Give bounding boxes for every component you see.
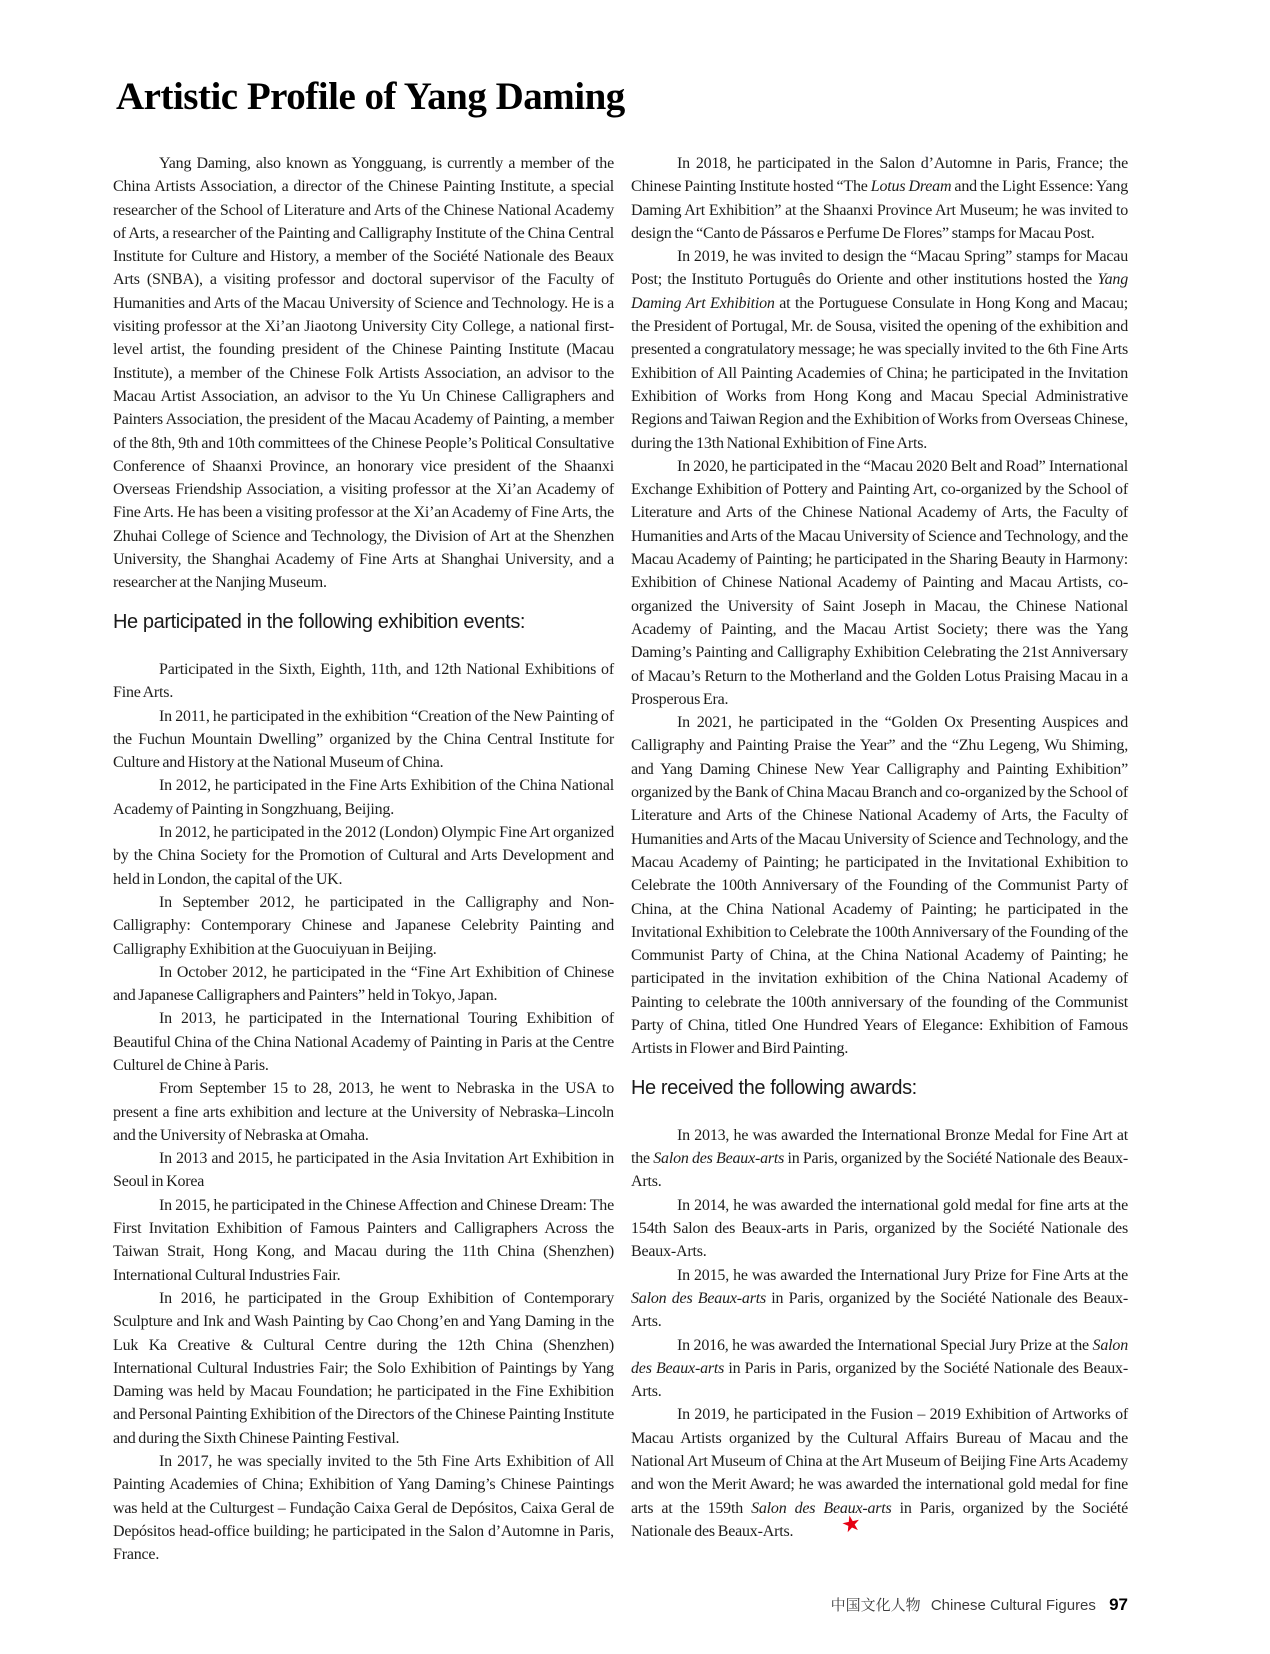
text-run: In October 2012, he participated in the … [113,964,614,1004]
section-heading-exhibitions: He participated in the following exhibit… [113,611,614,634]
red-star-icon: ★ [797,1522,861,1536]
exhibitions-continued-section: In 2018, he participated in the Salon d’… [631,152,1128,1061]
awards-section: In 2013, he was awarded the Internationa… [631,1124,1128,1543]
paragraph: In 2013, he was awarded the Internationa… [631,1124,1128,1194]
paragraph: In 2013, he participated in the Internat… [113,1007,614,1077]
paragraph: Yang Daming, also known as Yongguang, is… [113,152,614,595]
paragraph: In 2017, he was specially invited to the… [113,1450,614,1566]
paragraph: In 2016, he participated in the Group Ex… [113,1287,614,1450]
text-run: From September 15 to 28, 2013, he went t… [113,1080,614,1144]
paragraph: Participated in the Sixth, Eighth, 11th,… [113,658,614,705]
paragraph: In 2020, he participated in the “Macau 2… [631,455,1128,711]
text-run: In 2011, he participated in the exhibiti… [113,708,614,772]
paragraph: From September 15 to 28, 2013, he went t… [113,1077,614,1147]
text-run: In 2019, he was invited to design the “M… [631,248,1128,288]
text-run: In 2012, he participated in the Fine Art… [113,777,614,817]
left-column: Yang Daming, also known as Yongguang, is… [113,152,614,1567]
text-run: Salon des Beaux-arts [751,1500,892,1517]
text-run: In 2021, he participated in the “Golden … [631,714,1128,1057]
paragraph: In 2014, he was awarded the internationa… [631,1194,1128,1264]
paragraph: In 2012, he participated in the Fine Art… [113,774,614,821]
paragraph: In 2016, he was awarded the Internationa… [631,1334,1128,1404]
right-column: In 2018, he participated in the Salon d’… [631,152,1128,1543]
text-run: Yang Daming, also known as Yongguang, is… [113,155,614,591]
text-run: In 2016, he was awarded the Internationa… [677,1337,1093,1354]
footer-publication-name-chinese: 中国文化人物 [831,1597,921,1614]
text-run: Salon des Beaux-arts [631,1290,766,1307]
paragraph: In 2018, he participated in the Salon d’… [631,152,1128,245]
text-run: Salon des Beaux-arts [653,1150,784,1167]
text-run: In 2015, he was awarded the Internationa… [677,1267,1128,1284]
exhibitions-section: Participated in the Sixth, Eighth, 11th,… [113,658,614,1567]
section-heading-awards: He received the following awards: [631,1077,1128,1100]
text-run: In 2017, he was specially invited to the… [113,1453,614,1563]
paragraph: In 2012, he participated in the 2012 (Lo… [113,821,614,891]
text-run: In 2012, he participated in the 2012 (Lo… [113,824,614,888]
text-run: In 2015, he participated in the Chinese … [113,1197,614,1284]
footer-publication-name-english: Chinese Cultural Figures [931,1597,1096,1614]
paragraph: In 2011, he participated in the exhibiti… [113,705,614,775]
paragraph: In 2013 and 2015, he participated in the… [113,1147,614,1194]
text-run: Lotus Dream [871,178,952,195]
page-title: Artistic Profile of Yang Daming [116,74,625,119]
text-run: In 2013 and 2015, he participated in the… [113,1150,614,1190]
paragraph: In 2015, he was awarded the Internationa… [631,1264,1128,1334]
page-number: 97 [1109,1595,1128,1614]
text-run: In September 2012, he participated in th… [113,894,614,958]
text-run: at the Portuguese Consulate in Hong Kong… [631,295,1128,452]
text-run: In 2014, he was awarded the internationa… [631,1197,1128,1261]
page-footer: 中国文化人物 Chinese Cultural Figures 97 [831,1594,1128,1615]
paragraph: In September 2012, he participated in th… [113,891,614,961]
intro-section: Yang Daming, also known as Yongguang, is… [113,152,614,595]
text-run: In 2013, he participated in the Internat… [113,1010,614,1074]
paragraph: In 2021, he participated in the “Golden … [631,711,1128,1060]
text-run: In 2016, he participated in the Group Ex… [113,1290,614,1447]
paragraph: In 2015, he participated in the Chinese … [113,1194,614,1287]
text-run: Participated in the Sixth, Eighth, 11th,… [113,661,614,701]
text-run: In 2020, he participated in the “Macau 2… [631,458,1128,708]
paragraph: In October 2012, he participated in the … [113,961,614,1008]
paragraph: In 2019, he was invited to design the “M… [631,245,1128,455]
paragraph: In 2019, he participated in the Fusion –… [631,1403,1128,1543]
